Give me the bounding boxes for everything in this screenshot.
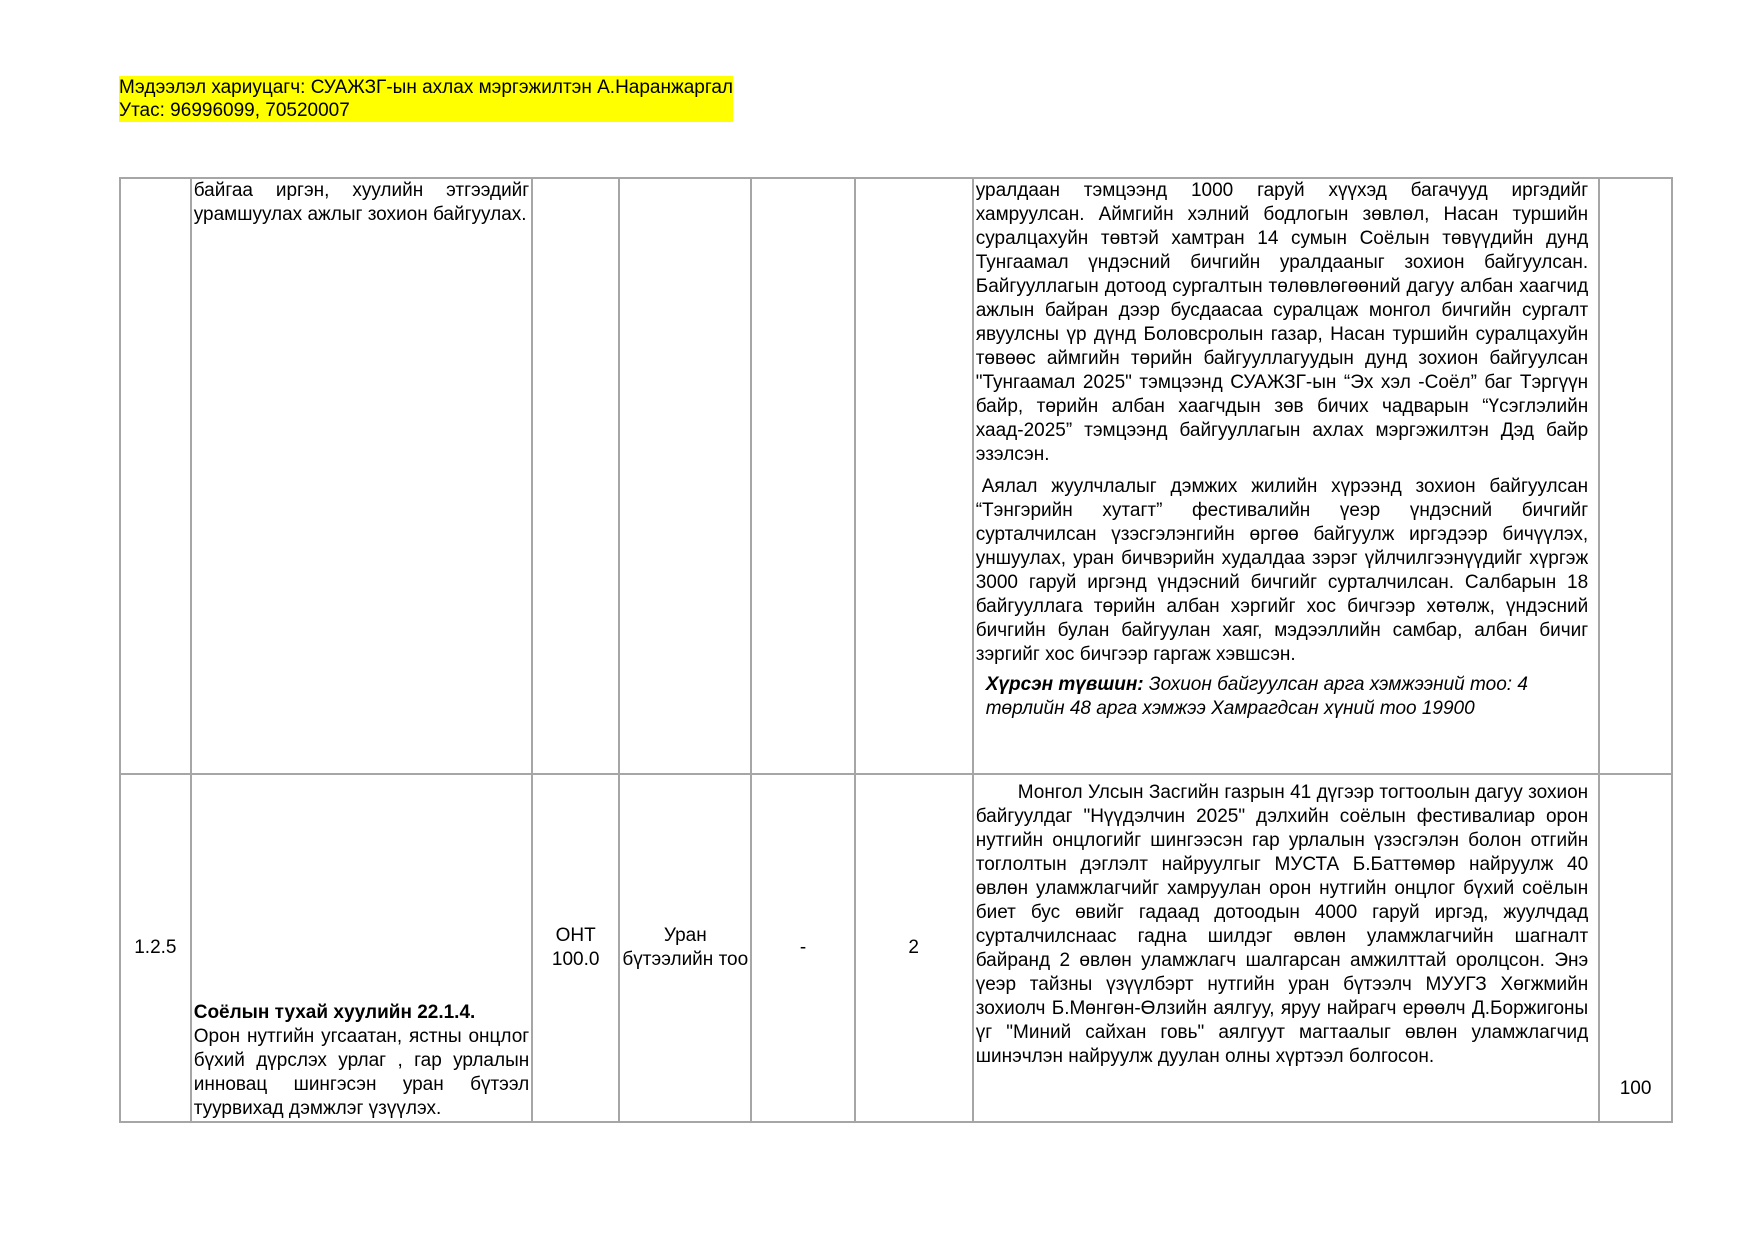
cell-number: 1.2.5 xyxy=(120,774,191,1122)
task-title: Соёлын тухай хуулийн 22.1.4. xyxy=(194,1002,476,1023)
document-header: Мэдээлэл хариуцагч: СУАЖЗГ-ын ахлах мэрг… xyxy=(119,76,733,122)
report-table: байгаа иргэн, хуулийн этгээдийг урамшуул… xyxy=(119,177,1673,1123)
task-text: байгаа иргэн, хуулийн этгээдийг урамшуул… xyxy=(192,179,532,227)
cell-target xyxy=(751,178,854,774)
report-paragraph: Монгол Улсын Засгийн газрын 41 дүгээр то… xyxy=(976,781,1588,1069)
cell-indicator xyxy=(619,178,751,774)
cell-actual: 2 xyxy=(855,774,973,1122)
task-text: Орон нутгийн угсаатан, ястны онцлог бүхи… xyxy=(194,1025,530,1121)
cell-baseline xyxy=(532,178,619,774)
cell-report: уралдаан тэмцээнд 1000 гаруй хүүхэд бага… xyxy=(973,178,1599,774)
cell-number xyxy=(120,178,191,774)
responsible-person: Мэдээлэл хариуцагч: СУАЖЗГ-ын ахлах мэрг… xyxy=(119,77,733,98)
cell-baseline: ОНТ 100.0 xyxy=(532,774,619,1122)
cell-indicator: Уран бүтээлийн тоо xyxy=(619,774,751,1122)
cell-score: 100 xyxy=(1599,774,1672,1122)
report-paragraph: Аялал жуулчлалыг дэмжих жилийн хүрээнд з… xyxy=(976,467,1588,667)
report-paragraph: уралдаан тэмцээнд 1000 гаруй хүүхэд бага… xyxy=(976,179,1588,467)
cell-task: байгаа иргэн, хуулийн этгээдийг урамшуул… xyxy=(191,178,533,774)
contact-phone: Утас: 96996099, 70520007 xyxy=(119,100,350,121)
table-row: байгаа иргэн, хуулийн этгээдийг урамшуул… xyxy=(120,178,1672,774)
cell-report: Монгол Улсын Засгийн газрын 41 дүгээр то… xyxy=(973,774,1599,1122)
achieved-level-label: Хүрсэн түвшин: xyxy=(986,674,1144,695)
cell-score xyxy=(1599,178,1672,774)
table-row: 1.2.5 Соёлын тухай хуулийн 22.1.4. Орон … xyxy=(120,774,1672,1122)
cell-task: Соёлын тухай хуулийн 22.1.4. Орон нутгий… xyxy=(191,774,533,1122)
achieved-level: Хүрсэн түвшин: Зохион байгуулсан арга хэ… xyxy=(974,667,1598,727)
cell-actual xyxy=(855,178,973,774)
cell-target: - xyxy=(751,774,854,1122)
